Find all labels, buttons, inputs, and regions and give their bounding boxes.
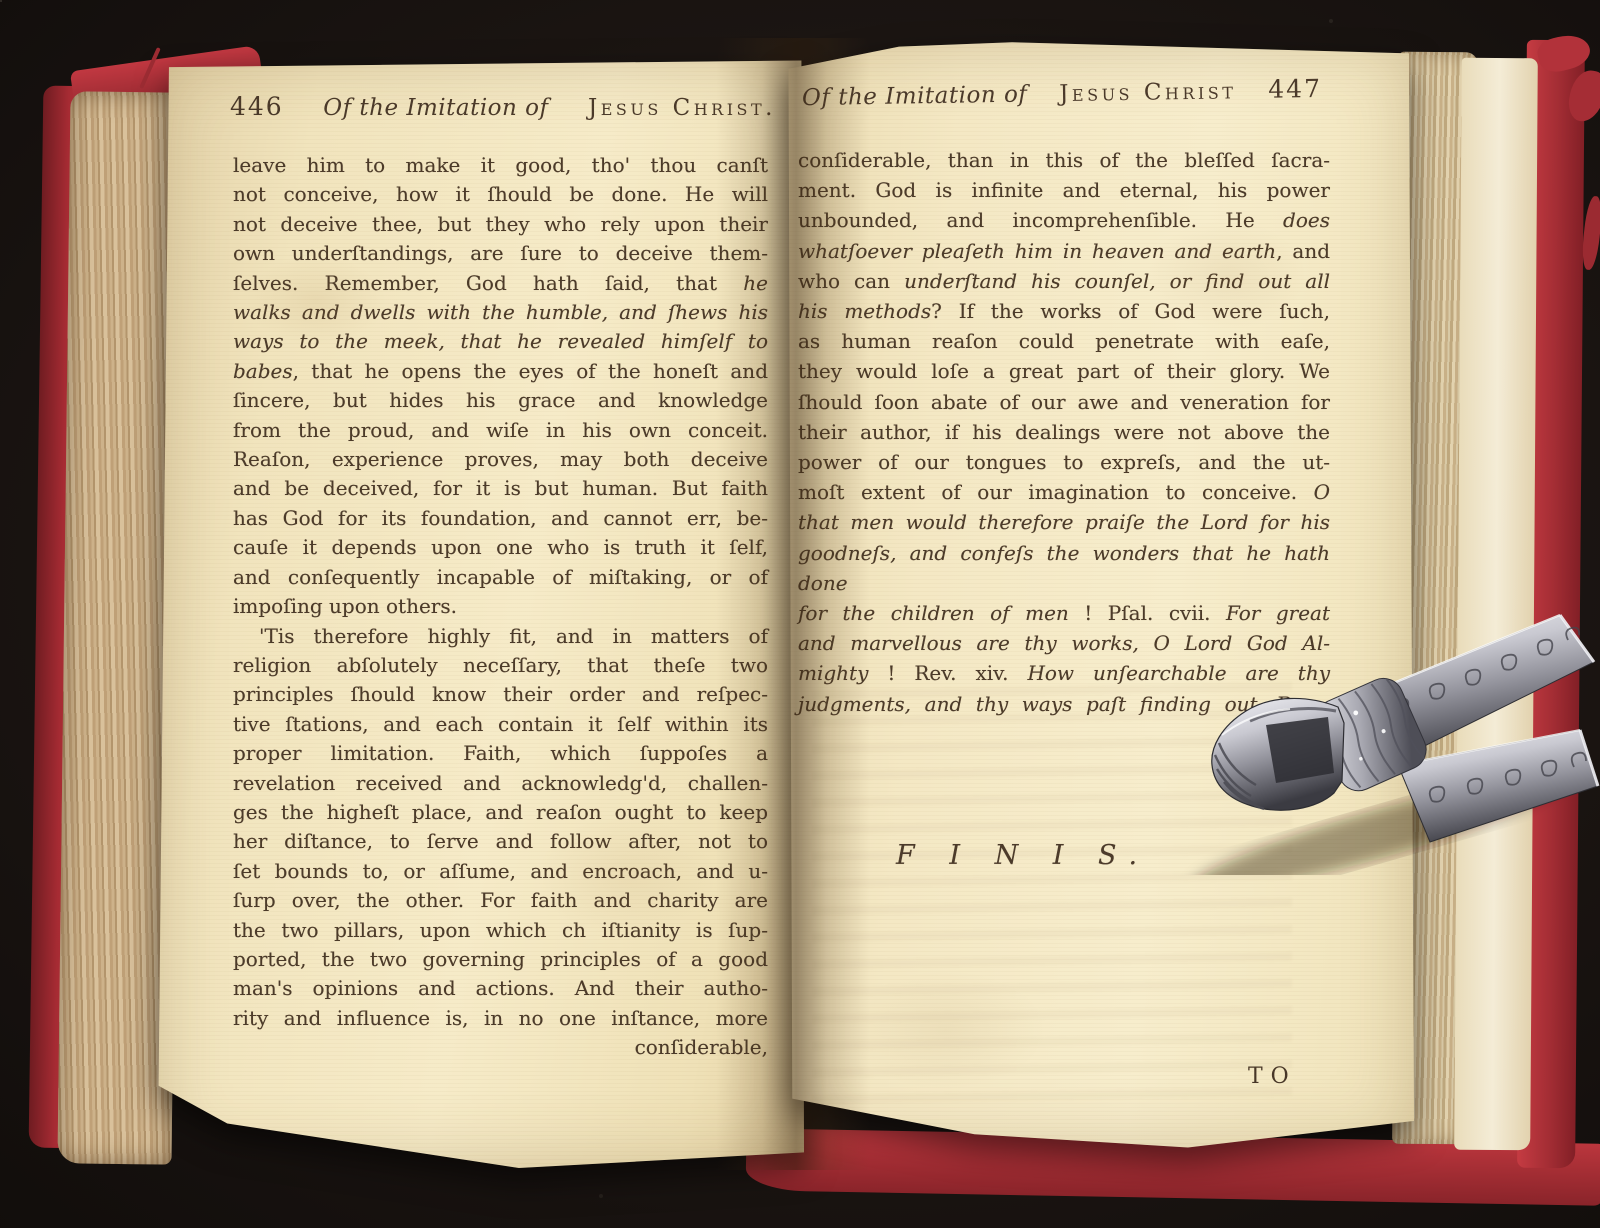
- text-segment: and be deceived, for it is but human. Bu…: [233, 476, 768, 500]
- dust-speckles: [0, 0, 2, 2]
- right-header-title-italic: Of the Imitation of: [802, 82, 1028, 112]
- text-line: conſiderable, than in this of the bleſſe…: [798, 145, 1330, 175]
- text-segment: who can: [798, 269, 904, 293]
- italic-text-segment: How unſearchable are thy: [1027, 661, 1330, 685]
- italic-text-segment: that men would therefore praiſe the Lord…: [798, 510, 1330, 534]
- text-line: they would loſe a great part of their gl…: [798, 356, 1330, 386]
- text-segment: ſurp over, the other. For faith and char…: [233, 888, 768, 912]
- text-segment: moſt extent of our imagination to concei…: [798, 480, 1314, 504]
- italic-text-segment: walks and dwells with the humble, and ſh…: [233, 300, 768, 324]
- text-line: ment. God is infinite and eternal, his p…: [798, 175, 1330, 205]
- text-segment: own underſtandings, are ſure to deceive …: [233, 241, 768, 265]
- right-header-title-caps: Jesus Christ: [1059, 78, 1237, 107]
- italic-text-segment: judgments, and thy ways paſt finding out: [798, 692, 1258, 716]
- text-segment: religion abſolutely neceſſary, that theſ…: [233, 653, 768, 677]
- text-line: cauſe it depends upon one who is truth i…: [233, 533, 768, 562]
- text-line: ges the higheſt place, and reaſon ought …: [233, 798, 768, 827]
- text-line: revelation received and acknowledg'd, ch…: [233, 769, 768, 798]
- text-line: from the proud, and wiſe in his own conc…: [233, 416, 768, 445]
- text-line: not deceive thee, but they who rely upon…: [233, 210, 768, 239]
- left-page-paper: 446 Of the Imitation of Jesus Christ. le…: [156, 56, 804, 1168]
- left-page-body-text: leave him to make it good, tho' thou can…: [233, 151, 768, 1063]
- text-line: 'Tis therefore highly fit, and in matter…: [233, 622, 768, 651]
- text-segment: Reaſon, experience proves, may both dece…: [233, 447, 768, 471]
- text-line: principles ſhould know their order and r…: [233, 680, 768, 709]
- flyleaf-right: [1454, 58, 1538, 1151]
- text-segment: her diſtance, to ſerve and follow after,…: [233, 829, 768, 853]
- italic-text-segment: and marvellous are thy works, O Lord God…: [798, 631, 1330, 655]
- text-line: man's opinions and actions. And their au…: [233, 974, 768, 1003]
- text-line: who can underſtand his counſel, or find …: [798, 266, 1330, 296]
- text-line: mighty ! Rev. xiv. How unſearchable are …: [798, 658, 1330, 688]
- text-line: own underſtandings, are ſure to deceive …: [233, 239, 768, 268]
- text-segment: their author, if his dealings were not a…: [798, 420, 1330, 444]
- text-line: and be deceived, for it is but human. Bu…: [233, 474, 768, 503]
- text-segment: ſelves. Remember, God hath ſaid, that: [233, 271, 743, 295]
- text-line: walks and dwells with the humble, and ſh…: [233, 298, 768, 327]
- text-segment: rity and influence is, in no one inſtanc…: [233, 1006, 768, 1030]
- text-segment: , Rom.: [1258, 692, 1330, 716]
- text-segment: conſiderable, than in this of the bleſſe…: [798, 148, 1330, 172]
- italic-text-segment: goodneſs, and confeſs the wonders that h…: [798, 541, 1330, 595]
- italic-text-segment: ways to the meek, that he revealed himſe…: [233, 329, 768, 353]
- text-segment: has God for its foundation, and cannot e…: [233, 506, 768, 530]
- text-line: ported, the two governing principles of …: [233, 945, 768, 974]
- left-header-title-caps: Jesus Christ.: [588, 95, 776, 121]
- left-page: 446 Of the Imitation of Jesus Christ. le…: [156, 56, 804, 1168]
- italic-text-segment: for the children of men: [798, 601, 1069, 625]
- text-segment: unbounded, and incomprehenſible. He: [798, 208, 1283, 232]
- text-segment: cauſe it depends upon one who is truth i…: [233, 535, 768, 559]
- book-photograph: 446 Of the Imitation of Jesus Christ. le…: [0, 0, 1600, 1228]
- text-segment: ſet bounds to, or aſſume, and encroach, …: [233, 859, 768, 883]
- text-line: their author, if his dealings were not a…: [798, 417, 1330, 447]
- text-line: and conſequently incapable of miſtaking,…: [233, 563, 768, 592]
- text-segment: tive ſtations, and each contain it ſelf …: [233, 712, 768, 736]
- text-line: as human reaſon could penetrate with eaſ…: [798, 326, 1330, 356]
- text-line: rity and influence is, in no one inſtanc…: [233, 1004, 768, 1033]
- show-through-ghost-text: [812, 676, 1292, 1104]
- text-line: proper limitation. Faith, which ſuppoſes…: [233, 739, 768, 768]
- text-line: religion abſolutely neceſſary, that theſ…: [233, 651, 768, 680]
- foxing-stain: [846, 970, 1046, 1090]
- text-segment: power of our tongues to expreſs, and the…: [798, 450, 1330, 474]
- text-segment: not conceive, how it ſhould be done. He …: [233, 182, 768, 206]
- text-segment: from the proud, and wiſe in his own conc…: [233, 418, 768, 442]
- text-segment: ges the higheſt place, and reaſon ought …: [233, 800, 768, 824]
- text-segment: conſiderable,: [635, 1035, 768, 1059]
- right-page-number: 447: [1268, 74, 1322, 104]
- text-segment: man's opinions and actions. And their au…: [233, 976, 768, 1000]
- italic-text-segment: babes: [233, 359, 293, 383]
- text-segment: and conſequently incapable of miſtaking,…: [233, 565, 768, 589]
- text-line: unbounded, and incomprehenſible. He does: [798, 205, 1330, 235]
- text-segment: ported, the two governing principles of …: [233, 947, 768, 971]
- text-line: the two pillars, upon which ch iſtianity…: [233, 916, 768, 945]
- right-page-body-text: conſiderable, than in this of the bleſſe…: [798, 145, 1330, 719]
- right-page-paper: Of the Imitation of Jesus Christ 447 con…: [786, 40, 1414, 1152]
- left-page-number: 446: [230, 92, 284, 121]
- text-line: moſt extent of our imagination to concei…: [798, 477, 1330, 507]
- text-segment: ! Pſal. cvii.: [1069, 601, 1226, 625]
- left-running-header: 446 Of the Imitation of Jesus Christ.: [230, 92, 776, 121]
- text-segment: , that he opens the eyes of the honeſt a…: [293, 359, 768, 383]
- text-segment: 'Tis therefore highly fit, and in matter…: [259, 624, 768, 648]
- text-line: has God for its foundation, and cannot e…: [233, 504, 768, 533]
- text-segment: ! Rev. xiv.: [868, 661, 1027, 685]
- text-segment: principles ſhould know their order and r…: [233, 682, 768, 706]
- italic-text-segment: underſtand his counſel, or find out all: [904, 269, 1330, 293]
- text-segment: ſhould ſoon abate of our awe and venerat…: [798, 390, 1330, 414]
- text-line: and marvellous are thy works, O Lord God…: [798, 628, 1330, 658]
- text-line: his methods? If the works of God were ſu…: [798, 296, 1330, 326]
- text-line: ſincere, but hides his grace and knowled…: [233, 386, 768, 415]
- text-segment: they would loſe a great part of their gl…: [798, 359, 1330, 383]
- finis-colophon: F I N I S.: [896, 840, 1150, 871]
- text-line: goodneſs, and confeſs the wonders that h…: [798, 538, 1330, 598]
- text-line: leave him to make it good, tho' thou can…: [233, 151, 768, 180]
- catchword-to: TO: [1248, 1064, 1297, 1089]
- text-line: her diſtance, to ſerve and follow after,…: [233, 827, 768, 856]
- italic-text-segment: does: [1283, 208, 1330, 232]
- text-line: tive ſtations, and each contain it ſelf …: [233, 710, 768, 739]
- italic-text-segment: For great: [1226, 601, 1330, 625]
- text-line: ſelves. Remember, God hath ſaid, that he: [233, 269, 768, 298]
- text-line: that men would therefore praiſe the Lord…: [798, 507, 1330, 537]
- text-line: babes, that he opens the eyes of the hon…: [233, 357, 768, 386]
- text-segment: as human reaſon could penetrate with eaſ…: [798, 329, 1330, 353]
- text-line: ſhould ſoon abate of our awe and venerat…: [798, 387, 1330, 417]
- text-line: whatſoever pleaſeth him in heaven and ea…: [798, 236, 1330, 266]
- italic-text-segment: his methods: [798, 299, 931, 323]
- text-line: conſiderable,: [233, 1033, 768, 1062]
- text-segment: the two pillars, upon which ch iſtianity…: [233, 918, 768, 942]
- text-line: not conceive, how it ſhould be done. He …: [233, 180, 768, 209]
- text-line: for the children of men ! Pſal. cvii. Fo…: [798, 598, 1330, 628]
- text-segment: ment. God is infinite and eternal, his p…: [798, 178, 1330, 202]
- text-line: ways to the meek, that he revealed himſe…: [233, 327, 768, 356]
- text-line: power of our tongues to expreſs, and the…: [798, 447, 1330, 477]
- text-segment: ? If the works of God were ſuch,: [931, 299, 1330, 323]
- italic-text-segment: he: [743, 271, 768, 295]
- text-segment: revelation received and acknowledg'd, ch…: [233, 771, 768, 795]
- text-segment: not deceive thee, but they who rely upon…: [233, 212, 768, 236]
- right-page: Of the Imitation of Jesus Christ 447 con…: [786, 40, 1414, 1152]
- text-segment: leave him to make it good, tho' thou can…: [233, 153, 768, 177]
- italic-text-segment: O: [1314, 480, 1330, 504]
- right-running-header: Of the Imitation of Jesus Christ 447: [802, 74, 1322, 111]
- text-segment: ſincere, but hides his grace and knowled…: [233, 388, 768, 412]
- text-segment: impoſing upon others.: [233, 594, 457, 618]
- text-line: impoſing upon others.: [233, 592, 768, 621]
- text-line: Reaſon, experience proves, may both dece…: [233, 445, 768, 474]
- text-segment: , and: [1276, 239, 1330, 263]
- text-line: ſurp over, the other. For faith and char…: [233, 886, 768, 915]
- italic-text-segment: mighty: [798, 661, 868, 685]
- text-segment: proper limitation. Faith, which ſuppoſes…: [233, 741, 768, 765]
- left-header-title-italic: Of the Imitation of: [323, 95, 548, 121]
- text-line: ſet bounds to, or aſſume, and encroach, …: [233, 857, 768, 886]
- italic-text-segment: whatſoever pleaſeth him in heaven and ea…: [798, 239, 1276, 263]
- text-line: judgments, and thy ways paſt finding out…: [798, 689, 1330, 719]
